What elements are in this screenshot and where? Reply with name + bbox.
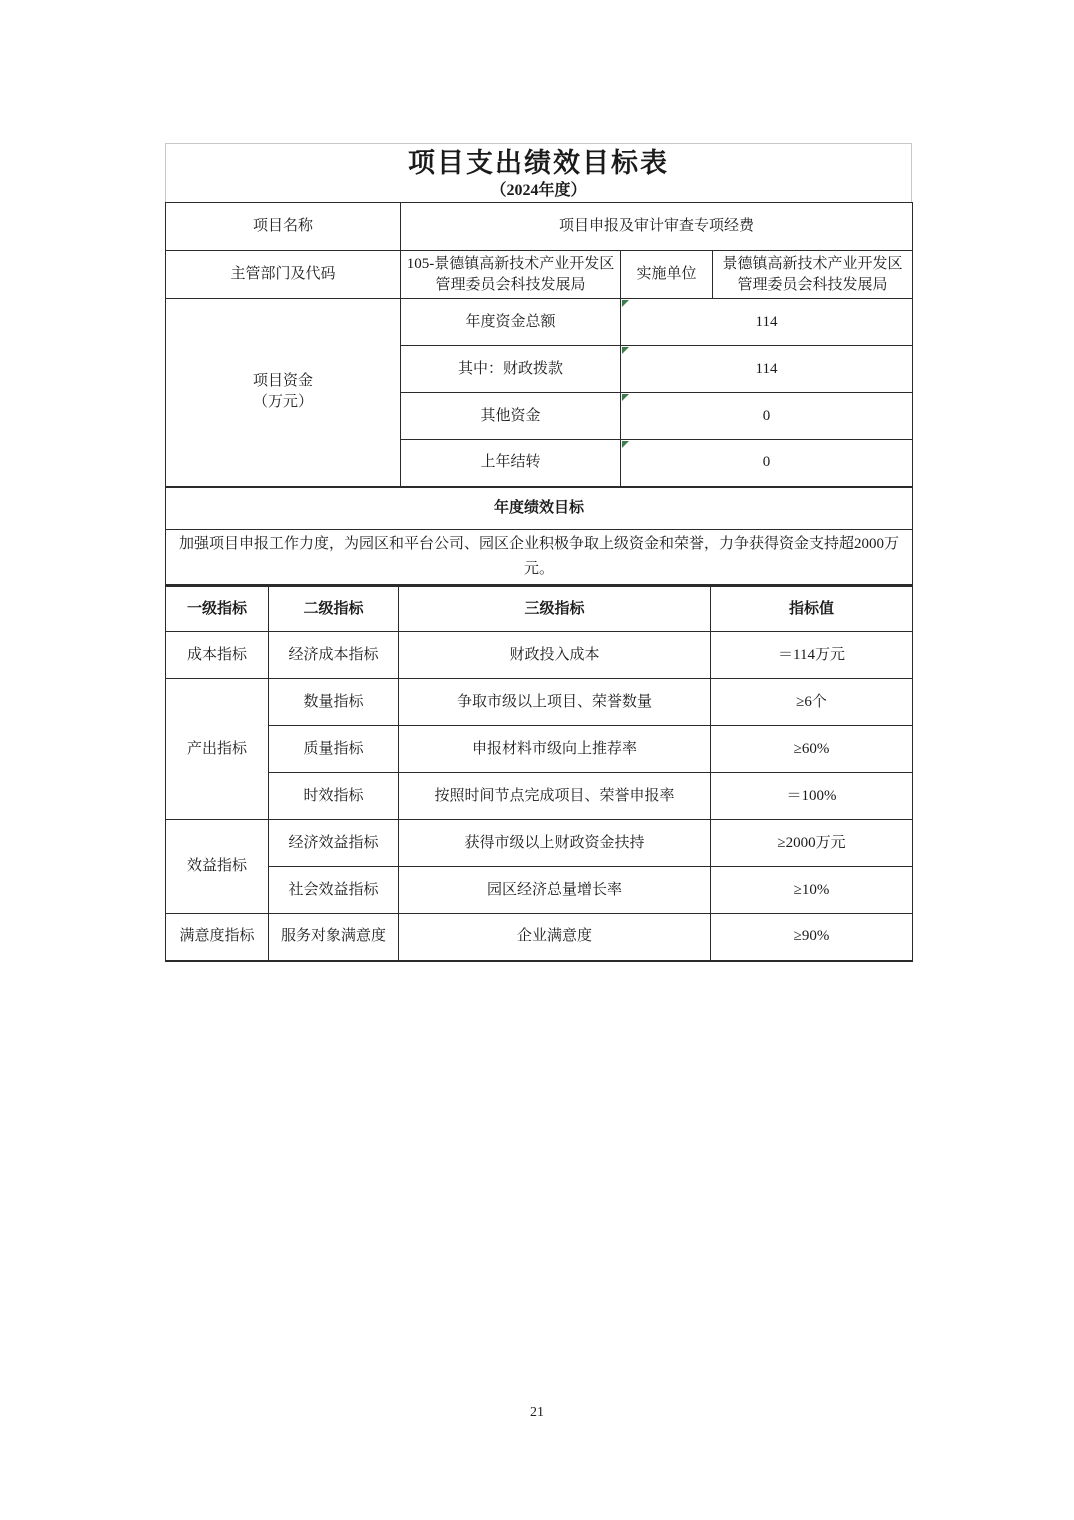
fund-carryover-value: 0 bbox=[621, 440, 913, 487]
group-cost: 成本指标 bbox=[166, 632, 269, 679]
implementing-unit-label: 实施单位 bbox=[621, 251, 713, 299]
header-value: 指标值 bbox=[711, 587, 913, 632]
excel-flag-icon bbox=[622, 394, 629, 401]
indicator-level2: 经济效益指标 bbox=[269, 820, 399, 867]
indicator-row: 时效指标 按照时间节点完成项目、荣誉申报率 ＝100% bbox=[166, 773, 913, 820]
fund-other-value-text: 0 bbox=[763, 408, 771, 424]
annual-goal-header-row: 年度绩效目标 bbox=[166, 487, 913, 530]
fund-total-row: 项目资金 （万元） 年度资金总额 114 bbox=[166, 299, 913, 346]
indicator-row: 产出指标 数量指标 争取市级以上项目、荣誉数量 ≥6个 bbox=[166, 679, 913, 726]
indicator-level3: 按照时间节点完成项目、荣誉申报率 bbox=[399, 773, 711, 820]
fund-total-value: 114 bbox=[621, 299, 913, 346]
indicator-level2: 社会效益指标 bbox=[269, 867, 399, 914]
indicator-row: 质量指标 申报材料市级向上推荐率 ≥60% bbox=[166, 726, 913, 773]
indicator-row: 满意度指标 服务对象满意度 企业满意度 ≥90% bbox=[166, 914, 913, 961]
project-funds-label-line2: （万元） bbox=[170, 392, 396, 413]
fund-total-label: 年度资金总额 bbox=[401, 299, 621, 346]
annual-goal-header: 年度绩效目标 bbox=[166, 487, 913, 530]
implementing-unit-value: 景德镇高新技术产业开发区管理委员会科技发展局 bbox=[713, 251, 913, 299]
fund-fiscal-value: 114 bbox=[621, 346, 913, 393]
document-year-subtitle: （2024年度） bbox=[166, 181, 911, 201]
title-block: 项目支出绩效目标表 （2024年度） bbox=[165, 143, 912, 202]
group-satisfaction: 满意度指标 bbox=[166, 914, 269, 961]
indicator-level2: 时效指标 bbox=[269, 773, 399, 820]
indicator-value: ≥60% bbox=[711, 726, 913, 773]
fund-total-value-text: 114 bbox=[756, 314, 778, 330]
indicator-row: 社会效益指标 园区经济总量增长率 ≥10% bbox=[166, 867, 913, 914]
indicator-level3: 获得市级以上财政资金扶持 bbox=[399, 820, 711, 867]
header-level3: 三级指标 bbox=[399, 587, 711, 632]
fund-fiscal-label: 其中：财政拨款 bbox=[401, 346, 621, 393]
performance-target-document: 项目支出绩效目标表 （2024年度） 项目名称 项目申报及审计审查专项经费 主管… bbox=[165, 143, 912, 962]
indicator-level2: 质量指标 bbox=[269, 726, 399, 773]
page-number: 21 bbox=[0, 1405, 1074, 1421]
header-level2: 二级指标 bbox=[269, 587, 399, 632]
indicators-table: 一级指标 二级指标 三级指标 指标值 成本指标 经济成本指标 财政投入成本 ＝1… bbox=[165, 586, 913, 962]
annual-goal-text-row: 加强项目申报工作力度，为园区和平台公司、园区企业积极争取上级资金和荣誉，力争获得… bbox=[166, 530, 913, 586]
group-output: 产出指标 bbox=[166, 679, 269, 820]
indicator-level3: 争取市级以上项目、荣誉数量 bbox=[399, 679, 711, 726]
indicator-value: ＝100% bbox=[711, 773, 913, 820]
fund-other-label: 其他资金 bbox=[401, 393, 621, 440]
indicator-value: ≥10% bbox=[711, 867, 913, 914]
annual-goal-text: 加强项目申报工作力度，为园区和平台公司、园区企业积极争取上级资金和荣誉，力争获得… bbox=[166, 530, 913, 586]
project-name-value: 项目申报及审计审查专项经费 bbox=[401, 203, 913, 251]
indicator-row: 效益指标 经济效益指标 获得市级以上财政资金扶持 ≥2000万元 bbox=[166, 820, 913, 867]
indicator-row: 成本指标 经济成本指标 财政投入成本 ＝114万元 bbox=[166, 632, 913, 679]
group-benefit: 效益指标 bbox=[166, 820, 269, 914]
indicator-level3: 申报材料市级向上推荐率 bbox=[399, 726, 711, 773]
project-funds-label-line1: 项目资金 bbox=[170, 371, 396, 392]
indicator-level2: 服务对象满意度 bbox=[269, 914, 399, 961]
fund-other-value: 0 bbox=[621, 393, 913, 440]
project-funds-label: 项目资金 （万元） bbox=[166, 299, 401, 487]
indicators-header-row: 一级指标 二级指标 三级指标 指标值 bbox=[166, 587, 913, 632]
fund-fiscal-value-text: 114 bbox=[756, 361, 778, 377]
fund-carryover-label: 上年结转 bbox=[401, 440, 621, 487]
indicator-value: ≥2000万元 bbox=[711, 820, 913, 867]
fund-carryover-value-text: 0 bbox=[763, 454, 771, 470]
department-value: 105-景德镇高新技术产业开发区管理委员会科技发展局 bbox=[401, 251, 621, 299]
indicator-level3: 企业满意度 bbox=[399, 914, 711, 961]
indicator-level3: 财政投入成本 bbox=[399, 632, 711, 679]
excel-flag-icon bbox=[622, 347, 629, 354]
document-title: 项目支出绩效目标表 bbox=[166, 145, 911, 181]
department-label: 主管部门及代码 bbox=[166, 251, 401, 299]
header-level1: 一级指标 bbox=[166, 587, 269, 632]
excel-flag-icon bbox=[622, 441, 629, 448]
indicator-value: ≥6个 bbox=[711, 679, 913, 726]
department-row: 主管部门及代码 105-景德镇高新技术产业开发区管理委员会科技发展局 实施单位 … bbox=[166, 251, 913, 299]
project-name-label: 项目名称 bbox=[166, 203, 401, 251]
excel-flag-icon bbox=[622, 300, 629, 307]
project-info-table: 项目名称 项目申报及审计审查专项经费 主管部门及代码 105-景德镇高新技术产业… bbox=[165, 202, 913, 586]
indicator-value: ＝114万元 bbox=[711, 632, 913, 679]
project-name-row: 项目名称 项目申报及审计审查专项经费 bbox=[166, 203, 913, 251]
indicator-value: ≥90% bbox=[711, 914, 913, 961]
indicator-level3: 园区经济总量增长率 bbox=[399, 867, 711, 914]
indicator-level2: 经济成本指标 bbox=[269, 632, 399, 679]
indicator-level2: 数量指标 bbox=[269, 679, 399, 726]
